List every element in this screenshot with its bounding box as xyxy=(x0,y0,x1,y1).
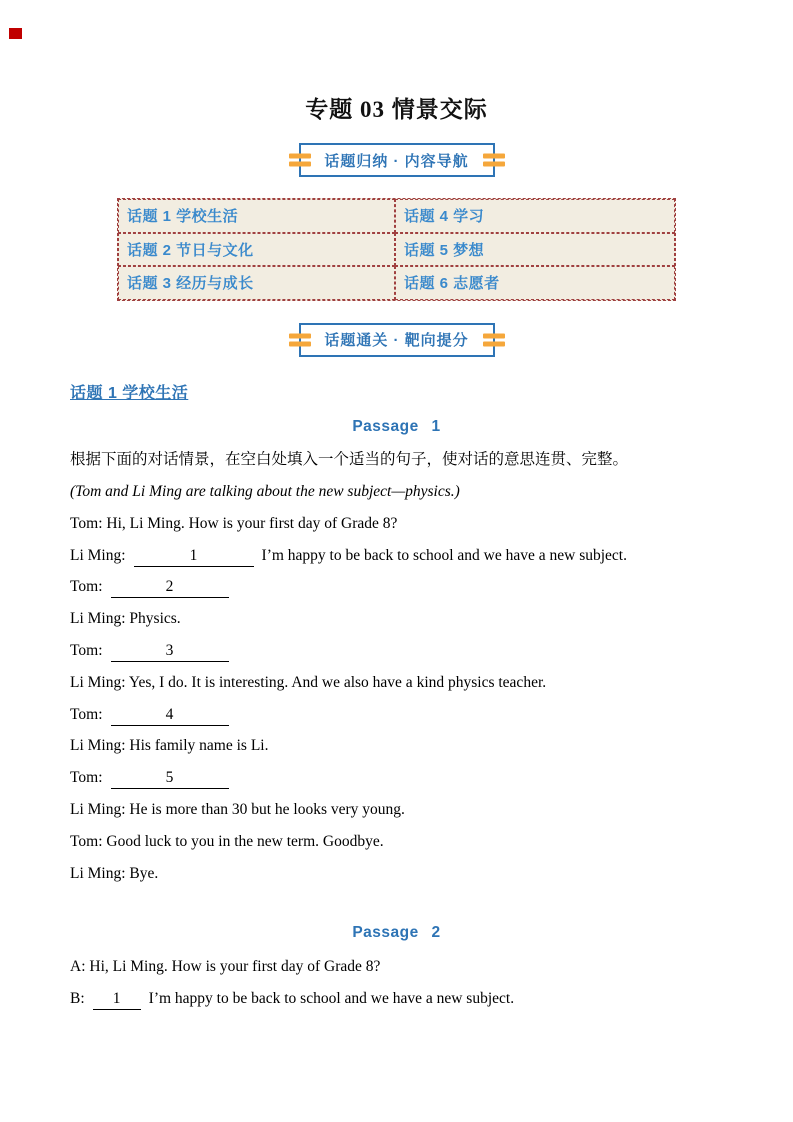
dialog-text: Li Ming: Physics. xyxy=(70,610,181,627)
dialog-line: Tom: Good luck to you in the new term. G… xyxy=(70,826,793,858)
dialog-text: Tom: xyxy=(70,578,103,595)
dialog-line: Li Ming: Yes, I do. It is interesting. A… xyxy=(70,667,793,699)
answer-blank: 1 xyxy=(93,990,141,1010)
dialog-line: Li Ming: Bye. xyxy=(70,858,793,890)
dialog-line: Tom: Hi, Li Ming. How is your first day … xyxy=(70,508,793,540)
double-bar-icon xyxy=(289,333,311,346)
topic-cell-3: 话题 3 经历与成长 xyxy=(118,266,395,300)
answer-blank: 3 xyxy=(111,642,229,662)
dialog-line: Tom:4 xyxy=(70,699,793,731)
topic-cell-4: 话题 4 学习 xyxy=(395,199,675,233)
dialog-line: Tom:5 xyxy=(70,762,793,794)
answer-blank: 5 xyxy=(111,769,229,789)
passage2-title: Passage 2 xyxy=(0,924,793,943)
dialog-text: A: Hi, Li Ming. How is your first day of… xyxy=(70,958,380,975)
dialog-line: Tom:2 xyxy=(70,571,793,603)
dialog-text: Tom: xyxy=(70,769,103,786)
dialog-line: A: Hi, Li Ming. How is your first day of… xyxy=(70,951,793,983)
dialog-text: Tom: Hi, Li Ming. How is your first day … xyxy=(70,515,397,532)
banner-nav: 话题归纳 · 内容导航 xyxy=(299,143,495,177)
dialog-text: Tom: xyxy=(70,706,103,723)
dialog-text: I’m happy to be back to school and we ha… xyxy=(149,990,514,1007)
dialog-line: B:1I’m happy to be back to school and we… xyxy=(70,983,793,1015)
answer-blank: 4 xyxy=(111,706,229,726)
topic-cell-5: 话题 5 梦想 xyxy=(395,233,675,267)
passage1-body: 根据下面的对话情景，在空白处填入一个适当的句子，使对话的意思连贯、完整。 (To… xyxy=(70,444,793,889)
passage2-dialog: A: Hi, Li Ming. How is your first day of… xyxy=(70,951,793,1015)
topic-cell-1: 话题 1 学校生活 xyxy=(118,199,395,233)
double-bar-icon xyxy=(483,154,505,167)
dialog-text: Tom: xyxy=(70,642,103,659)
topic-cell-2: 话题 2 节日与文化 xyxy=(118,233,395,267)
double-bar-icon xyxy=(483,333,505,346)
dialog-text: Li Ming: His family name is Li. xyxy=(70,737,268,754)
dialog-line: Tom:3 xyxy=(70,635,793,667)
dialog-text: B: xyxy=(70,990,85,1007)
section-heading-topic1: 话题 1 学校生活 xyxy=(70,384,188,403)
dialog-line: Li Ming: Physics. xyxy=(70,603,793,635)
passage1-title: Passage 1 xyxy=(0,418,793,437)
answer-blank: 1 xyxy=(134,547,254,567)
dialog-text: Li Ming: Yes, I do. It is interesting. A… xyxy=(70,674,546,691)
page-corner-marker xyxy=(9,28,22,39)
dialog-text: Li Ming: He is more than 30 but he looks… xyxy=(70,801,405,818)
passage2-body: A: Hi, Li Ming. How is your first day of… xyxy=(70,951,793,1015)
banner-boost: 话题通关 · 靶向提分 xyxy=(299,323,495,357)
dialog-line: Li Ming: He is more than 30 but he looks… xyxy=(70,794,793,826)
dialog-line: Li Ming: His family name is Li. xyxy=(70,730,793,762)
passage1-dialog: Tom: Hi, Li Ming. How is your first day … xyxy=(70,508,793,890)
banner-boost-label: 话题通关 · 靶向提分 xyxy=(324,329,468,350)
topics-table: 话题 1 学校生活 话题 4 学习 话题 2 节日与文化 话题 5 梦想 话题 … xyxy=(117,198,676,301)
banner-nav-label: 话题归纳 · 内容导航 xyxy=(324,150,468,171)
double-bar-icon xyxy=(289,154,311,167)
dialog-text: Li Ming: Bye. xyxy=(70,865,158,882)
answer-blank: 2 xyxy=(111,578,229,598)
page-title: 专题 03 情景交际 xyxy=(0,98,793,121)
dialog-line: Li Ming:1I’m happy to be back to school … xyxy=(70,540,793,572)
topic-cell-6: 话题 6 志愿者 xyxy=(395,266,675,300)
dialog-text: I’m happy to be back to school and we ha… xyxy=(262,547,627,564)
instruction-line: 根据下面的对话情景，在空白处填入一个适当的句子，使对话的意思连贯、完整。 xyxy=(70,444,793,476)
dialog-text: Li Ming: xyxy=(70,547,126,564)
dialog-text: Tom: Good luck to you in the new term. G… xyxy=(70,833,384,850)
context-line: (Tom and Li Ming are talking about the n… xyxy=(70,476,793,508)
